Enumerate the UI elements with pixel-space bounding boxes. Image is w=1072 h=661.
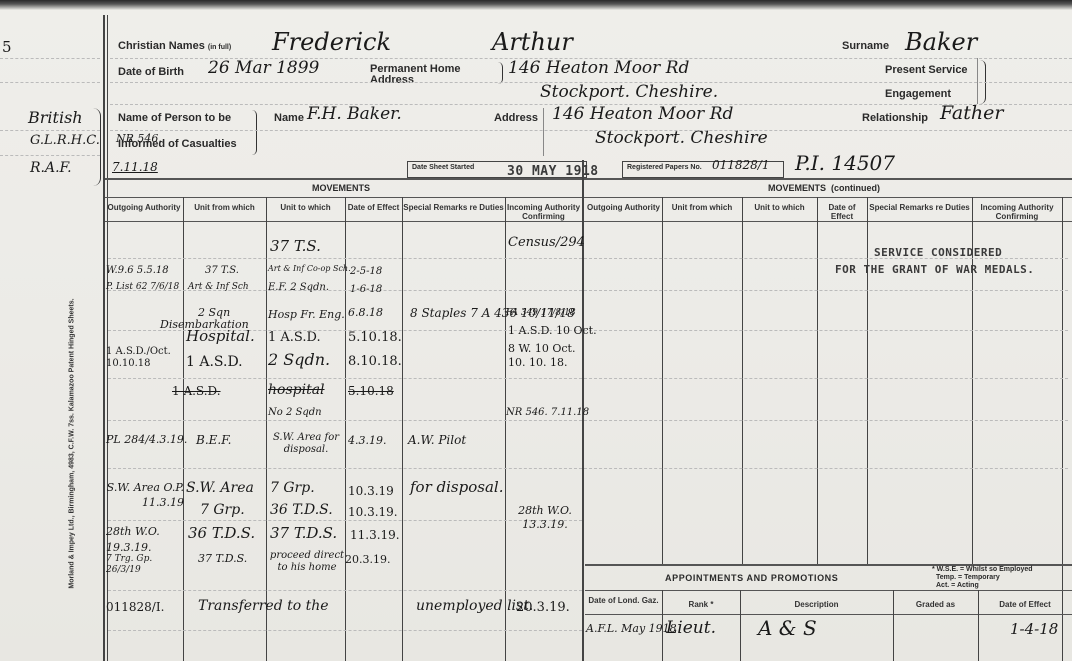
row-rule	[108, 420, 1068, 421]
nok-address-label: Address	[494, 112, 538, 124]
cell-to: 37 T.S.	[270, 237, 321, 255]
appt-col-head-effect: Date of Effect	[978, 600, 1072, 609]
col-divider	[266, 197, 267, 661]
row-rule	[108, 630, 582, 631]
cell-from: 37 T.S.	[205, 265, 239, 276]
cell-outgoing: 7 Trg. Gp. 26/3/19	[106, 554, 184, 576]
cell-date-struck: 5.10.18	[348, 384, 394, 398]
nok-name-label: Name	[274, 112, 304, 124]
movements-header-rule	[105, 197, 1072, 198]
pi-reference: P.I. 14507	[795, 151, 895, 175]
cell-from: Hospital.	[186, 327, 255, 345]
christian-name-2: Arthur	[492, 28, 573, 56]
war-medals-stamp-line-2: FOR THE GRANT OF WAR MEDALS.	[835, 263, 1034, 276]
cell-from: 37 T.D.S.	[198, 552, 247, 565]
col-head-incoming: Incoming Authority Confirming	[505, 203, 582, 221]
cell-to: 36 T.D.S.	[270, 502, 333, 518]
cell-to: Art & Inf Co-op Sch.	[268, 264, 351, 273]
cell-to: S.W. Area for disposal.	[268, 432, 344, 456]
cell-from: Art & Inf Sch	[188, 282, 249, 292]
cell-incoming: 28th W.O. 13.3.19.	[508, 504, 582, 532]
engagement-label: Engagement	[885, 88, 951, 100]
date-sheet-started-label: Date Sheet Started	[412, 164, 474, 171]
col-divider	[742, 197, 743, 564]
cell-to: 2 Sqdn.	[268, 350, 330, 369]
cell-date-effect: 20.3.19.	[516, 600, 570, 615]
cell-outgoing: P. List 62 7/6/18	[106, 282, 179, 292]
cell-date: 8.10.18.	[348, 354, 402, 369]
appointments-colhead-rule	[585, 614, 1072, 615]
cell-outgoing: 011828/I.	[106, 600, 164, 614]
rule	[110, 130, 1072, 131]
nok-note-reference: NR 546.	[116, 132, 162, 145]
record-sheet: 5 British G.L.R.H.C. R.A.F. Christian Na…	[0, 0, 1072, 661]
surname-value: Baker	[905, 28, 977, 56]
cell-outgoing: W.9.6 5.5.18	[106, 265, 169, 276]
cell-from: 2 Sqn	[198, 306, 230, 319]
registered-papers-value: 011828/1	[712, 158, 770, 172]
appt-col-head-graded: Graded as	[893, 600, 978, 609]
right-edge	[1062, 197, 1063, 661]
binding-line	[103, 15, 105, 661]
cell-to: 1 A.S.D.	[268, 330, 321, 345]
cell-date: 6.8.18	[348, 306, 383, 319]
margin-rule	[0, 82, 100, 83]
cell-date: 5.10.18.	[348, 330, 402, 345]
cell-to: 7 Grp.	[270, 480, 315, 496]
cell-to: proceed direct to his home	[268, 550, 346, 574]
col-divider	[817, 197, 818, 564]
cont-col-head-outgoing: Outgoing Authority	[585, 203, 662, 212]
cell-incoming: Census/294	[508, 235, 585, 250]
cell-from: S.W. Area	[186, 480, 254, 496]
cell-incoming: 8 W. 10 Oct. 10. 10. 18.	[508, 342, 580, 370]
sheet-top-edge	[0, 0, 1072, 10]
margin-rule	[0, 130, 100, 131]
cell-outgoing: PL 284/4.3.19.	[106, 433, 187, 446]
movements-title: MOVEMENTS	[312, 183, 370, 193]
nok-brace	[252, 110, 257, 155]
cell-to: No 2 Sqdn	[268, 407, 322, 418]
cell-remarks: for disposal.	[410, 478, 503, 496]
col-divider	[402, 197, 403, 661]
cont-col-head-unit-to: Unit to which	[742, 203, 817, 212]
col-head-unit-to: Unit to which	[266, 203, 345, 212]
margin-note-unit: G.L.R.H.C.	[30, 133, 100, 148]
appointments-header-rule	[585, 590, 1072, 591]
cell-date: 4.3.19.	[348, 434, 386, 447]
margin-note-nationality: British	[28, 108, 83, 127]
cell-date: 1-6-18	[350, 284, 382, 295]
cell-outgoing: 28th W.O. 19.3.19.	[106, 524, 184, 556]
nok-address-line-2: Stockport. Cheshire	[595, 128, 768, 148]
appt-col-head-gazette: Date of Lond. Gaz.	[585, 596, 662, 605]
cont-col-head-remarks: Special Remarks re Duties	[867, 203, 972, 212]
cell-date: 10.3.19	[348, 484, 394, 498]
movements-continued-title: MOVEMENTS (continued)	[768, 183, 880, 193]
service-box-divider	[977, 58, 978, 104]
printer-imprint: Morland & Impey Ltd., Birmingham, 4983, …	[69, 234, 76, 654]
margin-rule	[0, 155, 100, 156]
cell-from: B.E.F.	[196, 433, 231, 447]
movements-colhead-rule	[105, 221, 1072, 222]
col-divider	[183, 197, 184, 661]
relationship-value: Father	[940, 102, 1003, 124]
war-medals-stamp-line-1: SERVICE CONSIDERED	[874, 246, 1002, 259]
registered-papers-label: Registered Papers No.	[627, 164, 702, 171]
movements-top-rule	[105, 178, 1072, 180]
row-rule	[108, 590, 582, 591]
appointments-legend: * W.S.E. = Whilst so Employed Temp. = Te…	[932, 566, 1033, 590]
present-service-label: Present Service	[885, 64, 968, 76]
margin-rule	[0, 58, 100, 59]
dob-value: 26 Mar 1899	[208, 58, 319, 78]
row-rule	[108, 290, 1068, 291]
christian-name-1: Frederick	[272, 28, 391, 56]
cell-date: 2-5-18	[350, 266, 382, 277]
appt-description: A & S	[758, 616, 817, 640]
col-divider	[662, 197, 663, 564]
address-brace	[498, 62, 503, 84]
cell-from: Transferred to the	[198, 598, 329, 614]
cell-remarks: A.W. Pilot	[408, 433, 466, 447]
margin-note-service: R.A.F.	[30, 160, 72, 176]
col-divider	[505, 197, 506, 661]
cell-date: 20.3.19.	[345, 553, 390, 566]
appt-col-head-rank: Rank *	[662, 600, 740, 609]
corner-number: 5	[2, 38, 12, 56]
appt-effect: 1-4-18	[1010, 620, 1058, 638]
row-rule	[108, 378, 1068, 379]
cell-outgoing: S.W. Area O.P. 11.3.19	[106, 480, 184, 510]
cell-to: Hosp Fr. Eng.	[268, 308, 345, 321]
appt-col-head-description: Description	[740, 600, 893, 609]
cell-date: 11.3.19.	[350, 528, 400, 542]
permanent-address-line-1: 146 Heaton Moor Rd	[508, 58, 689, 78]
appt-gazette: A.F.L. May 1918	[586, 622, 677, 635]
appt-rank: Lieut.	[666, 618, 716, 638]
cell-date: 10.3.19.	[348, 505, 398, 519]
surname-label: Surname	[842, 40, 889, 52]
nok-label-line-1: Name of Person to be	[118, 112, 231, 124]
cell-outgoing: 1 A.S.D./Oct. 10.10.18	[106, 346, 182, 370]
col-head-date: Date of Effect	[345, 203, 402, 212]
col-divider	[867, 197, 868, 564]
cont-col-head-unit-from: Unit from which	[662, 203, 742, 212]
dob-label: Date of Birth	[118, 66, 184, 78]
nok-address-divider	[543, 108, 544, 156]
cell-from: 7 Grp.	[200, 502, 245, 518]
cell-incoming: NR 546. 7.11.18	[506, 407, 589, 418]
cell-to: 37 T.D.S.	[270, 524, 337, 542]
cell-from: 36 T.D.S.	[188, 524, 255, 542]
cont-col-head-date: Date of Effect	[817, 203, 867, 221]
cont-col-head-incoming: Incoming Authority Confirming	[972, 203, 1062, 221]
cell-from: 1 A.S.D.	[186, 354, 243, 370]
col-head-remarks: Special Remarks re Duties	[402, 203, 505, 212]
cell-incoming: 1 A.S.D. 10 Oct.	[508, 324, 597, 337]
appointments-title: APPOINTMENTS AND PROMOTIONS	[665, 573, 838, 583]
nok-name-value: F.H. Baker.	[307, 104, 402, 124]
col-head-outgoing: Outgoing Authority	[105, 203, 183, 212]
cell-to: E.F. 2 Sqdn.	[268, 282, 329, 293]
relationship-label: Relationship	[862, 112, 928, 124]
col-head-unit-from: Unit from which	[183, 203, 266, 212]
row-rule	[108, 468, 1068, 469]
cell-incoming: FA 349 17/8/18	[506, 308, 576, 318]
cell-to-struck: hospital	[268, 382, 325, 398]
nok-address-line-1: 146 Heaton Moor Rd	[552, 104, 733, 124]
nok-note-date: 7.11.18	[112, 160, 158, 174]
christian-names-label: Christian Names (in full)	[118, 40, 231, 52]
cell-from-struck: 1 A.S.D.	[172, 384, 221, 398]
margin-brace	[92, 108, 101, 186]
rule	[110, 82, 1072, 83]
permanent-address-line-2: Stockport. Cheshire.	[540, 82, 718, 102]
date-sheet-started-stamp: 30 MAY 1918	[507, 164, 599, 179]
